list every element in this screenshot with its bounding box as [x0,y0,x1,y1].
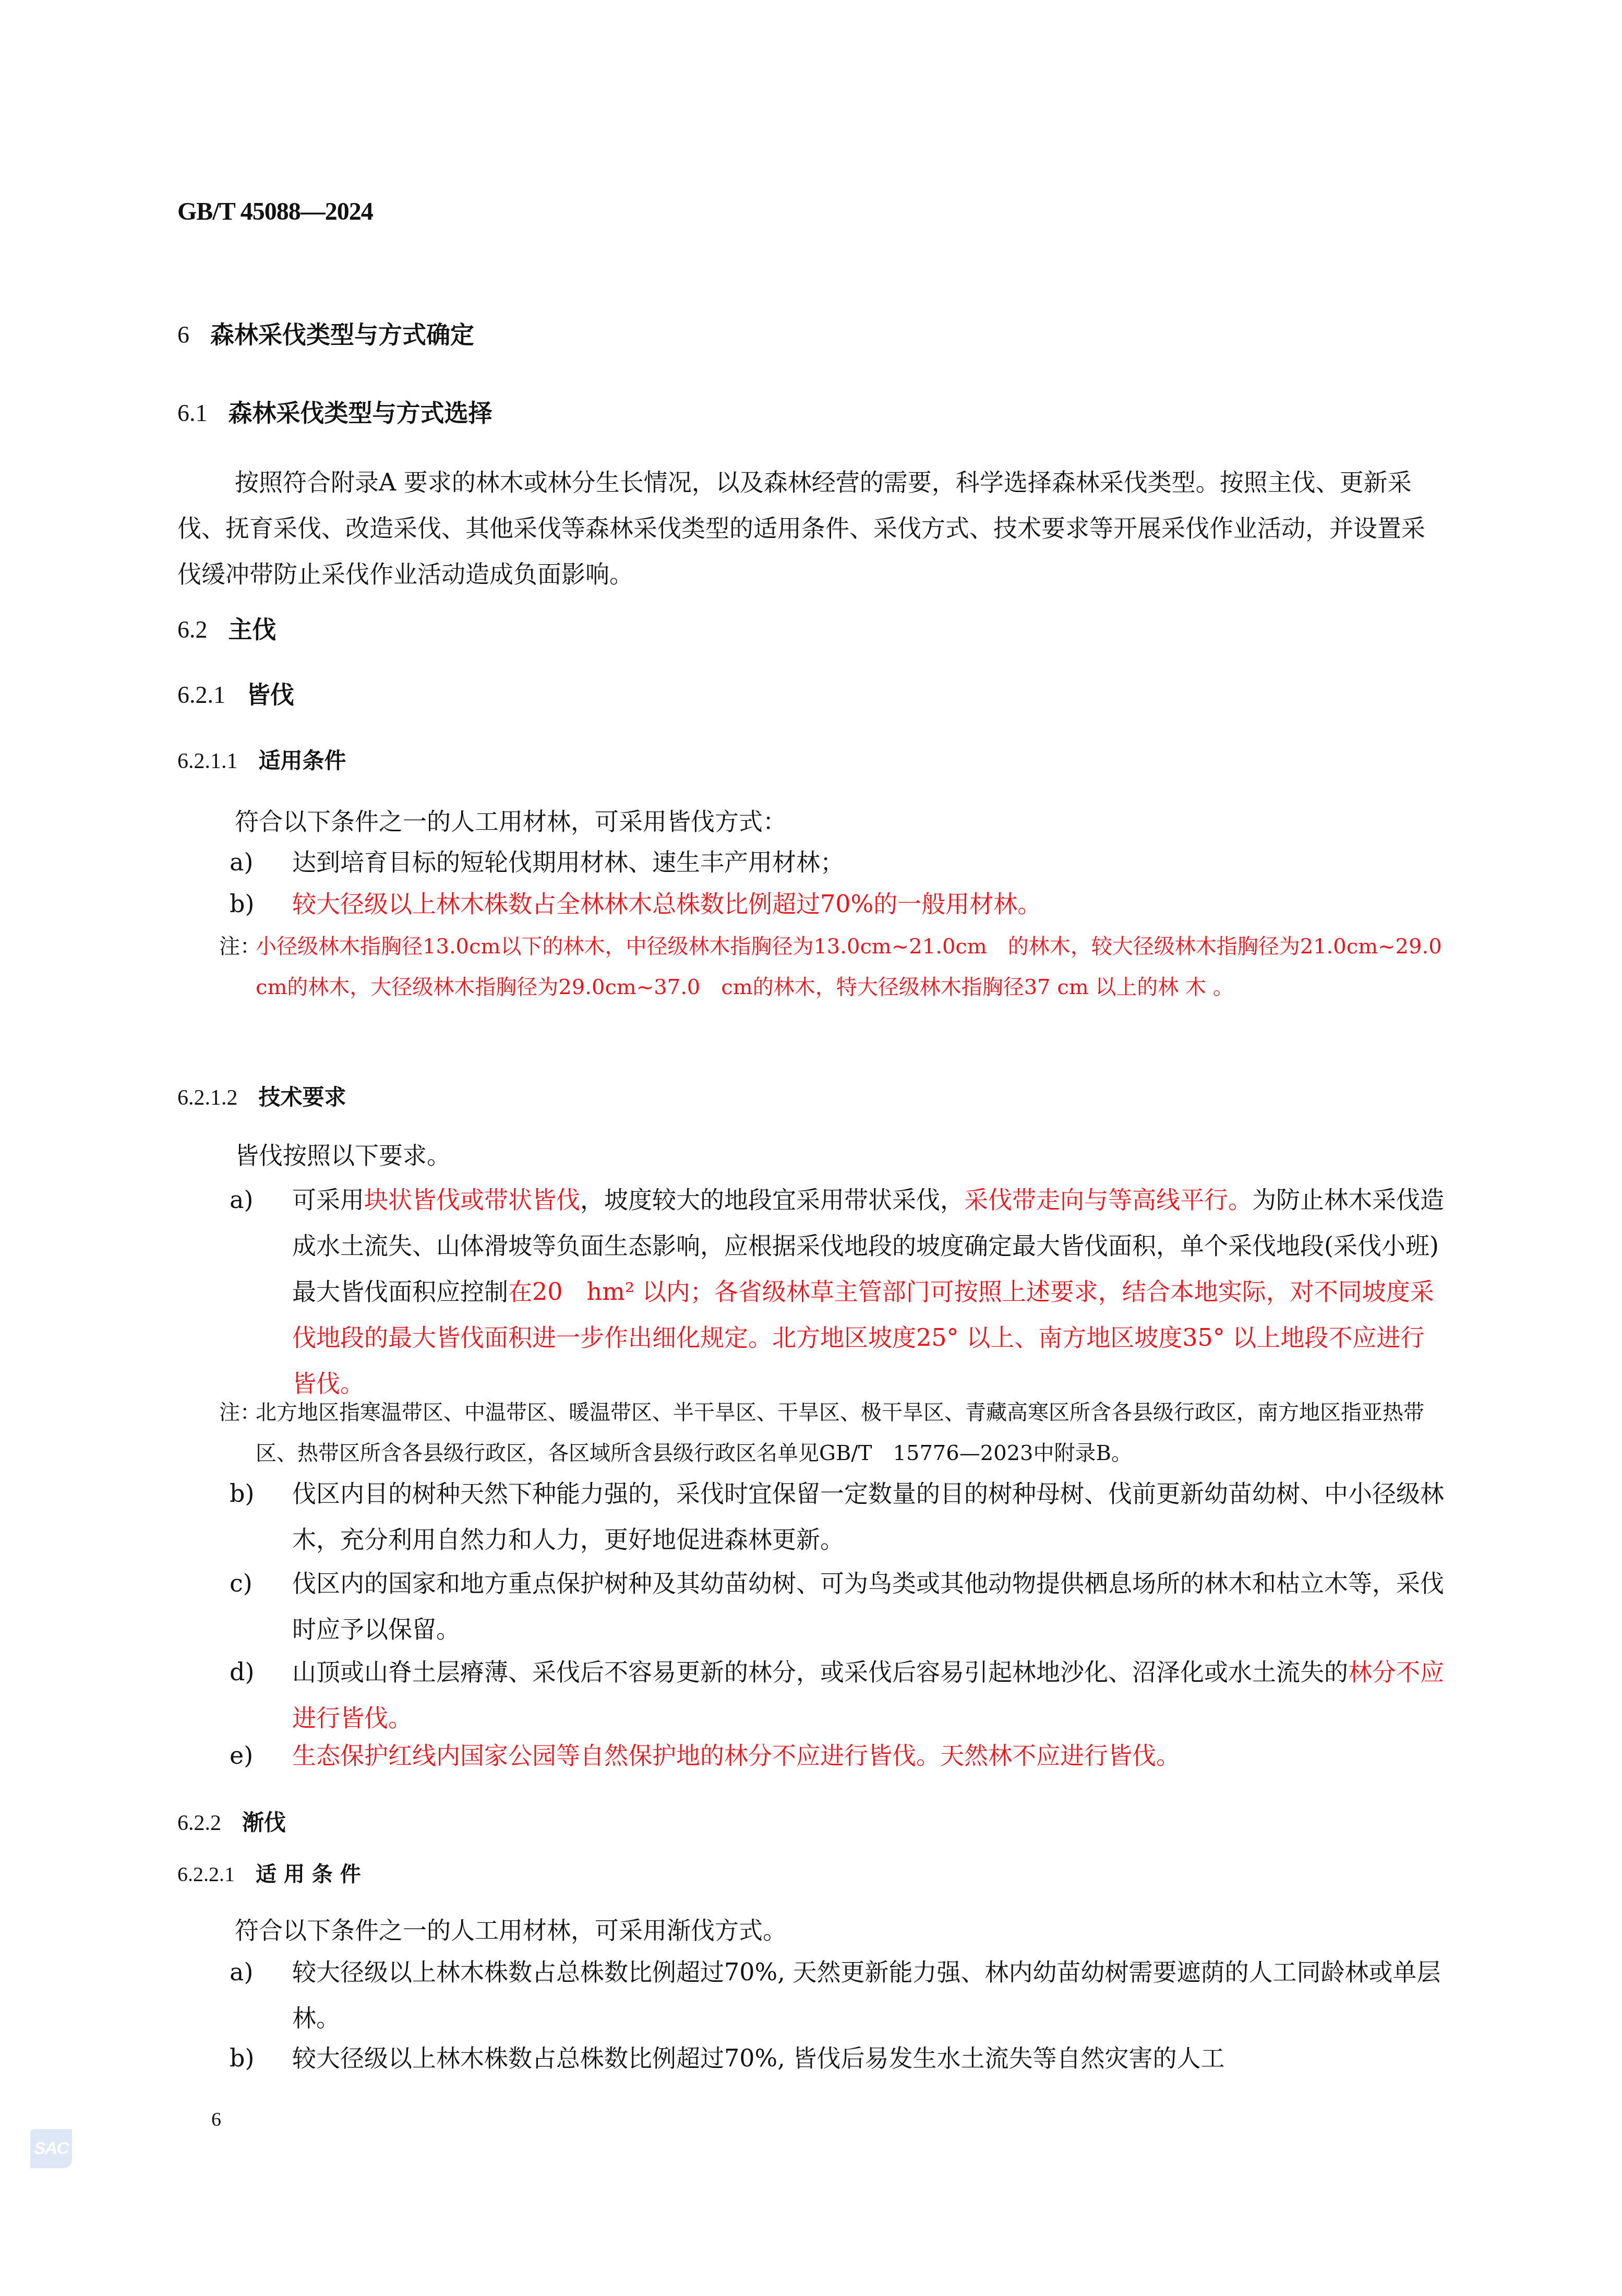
section-6-2-1-1-heading: 6.2.1.1适用条件 [177,744,346,775]
section-6-2-2-1-intro: 符合以下条件之一的人工用材林，可采用渐伐方式。 [177,1907,1445,1953]
list-item: d) 山顶或山脊土层瘠薄、采伐后不容易更新的林分，或采伐后容易引起林地沙化、沼泽… [230,1649,1445,1741]
section-6-2-1-1-intro: 符合以下条件之一的人工用材林，可采用皆伐方式： [177,798,1445,844]
list-item: a) 达到培育目标的短轮伐期用材林、速生丰产用材林； [230,839,1445,885]
standard-code: GB/T 45088—2024 [177,197,373,226]
section-6-heading: 6森林采伐类型与方式确定 [177,316,474,350]
section-6-2-2-1-heading: 6.2.2.1适 用 条 件 [177,1858,361,1887]
list-item: a) 可采用块状皆伐或带状皆伐，坡度较大的地段宜采用带状采伐，采伐带走向与等高线… [230,1177,1445,1406]
section-6-1-heading: 6.1森林采伐类型与方式选择 [177,394,492,428]
section-6-1-paragraph: 按照符合附录A 要求的林木或林分生长情况，以及森林经营的需要，科学选择森林采伐类… [177,459,1445,597]
list-item: a) 较大径级以上林木株数占总株数比例超过70%, 天然更新能力强、林内幼苗幼树… [230,1949,1445,2041]
section-6-2-2-heading: 6.2.2渐伐 [177,1805,286,1837]
section-6-2-1-2-heading: 6.2.1.2技术要求 [177,1080,346,1111]
page-number: 6 [211,2108,221,2131]
list-item: b) 较大径级以上林木株数占总株数比例超过70%, 皆伐后易发生水土流失等自然灾… [230,2035,1445,2081]
list-item: e) 生态保护红线内国家公园等自然保护地的林分不应进行皆伐。天然林不应进行皆伐。 [230,1732,1445,1778]
list-item: c) 伐区内的国家和地方重点保护树种及其幼苗幼树、可为鸟类或其他动物提供栖息场所… [230,1560,1445,1652]
list-item: b) 较大径级以上林木株数占全林林木总株数比例超过70%的一般用材林。 [230,881,1445,927]
section-6-2-1-2-intro: 皆伐按照以下要求。 [177,1132,1445,1178]
note: 注： 北方地区指寒温带区、中温带区、暖温带区、半干旱区、干旱区、极干旱区、青藏高… [219,1392,1445,1474]
note: 注： 小径级林木指胸径13.0cm以下的林木，中径级林木指胸径为13.0cm~2… [219,926,1445,1008]
section-6-2-heading: 6.2主伐 [177,611,277,645]
document-page: GB/T 45088—2024 6森林采伐类型与方式确定 6.1森林采伐类型与方… [0,0,1622,2296]
list-item: b) 伐区内目的树种天然下种能力强的，采伐时宜保留一定数量的目的树种母树、伐前更… [230,1470,1445,1562]
section-6-2-1-heading: 6.2.1皆伐 [177,676,294,710]
sac-logo-icon: SAC [30,2129,72,2168]
